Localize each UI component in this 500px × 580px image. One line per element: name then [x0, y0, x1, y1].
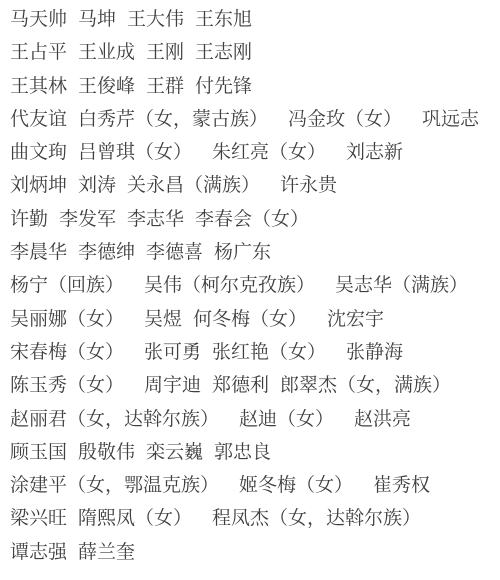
name-item: 王东旭: [195, 3, 252, 36]
name-item: 朱红亮（女）: [212, 136, 326, 169]
name-item: 马坤: [78, 3, 116, 36]
name-list: 马天帅马坤王大伟王东旭王占平王业成王刚王志刚王其林王俊峰王群付先锋代友谊白秀芹（…: [0, 0, 500, 580]
name-item: 崔秀权: [373, 469, 430, 502]
name-item: 栾云巍: [146, 436, 203, 469]
name-item: 李志华: [127, 203, 184, 236]
name-row: 刘炳坤刘涛关永昌（满族）许永贵: [10, 169, 492, 202]
name-row: 涂建平（女，鄂温克族）姬冬梅（女）崔秀权: [10, 469, 492, 502]
name-item: 刘涛: [78, 169, 116, 202]
name-item: 殷敬伟: [78, 436, 135, 469]
name-item: 周宇迪: [144, 369, 201, 402]
name-item: 梁兴旺: [10, 502, 67, 535]
name-item: 宋春梅（女）: [10, 336, 124, 369]
name-item: 王俊峰: [78, 70, 135, 103]
name-item: 冯金玫（女）: [288, 103, 402, 136]
name-item: 李春会（女）: [195, 203, 309, 236]
name-item: 沈宏宇: [327, 303, 384, 336]
name-item: 吴煜: [144, 303, 182, 336]
name-item: 代友谊: [10, 103, 67, 136]
name-row: 顾玉国殷敬伟栾云巍郭忠良: [10, 436, 492, 469]
name-item: 王业成: [78, 36, 135, 69]
name-item: 王刚: [146, 36, 184, 69]
name-row: 宋春梅（女）张可勇张红艳（女）张静海: [10, 336, 492, 369]
name-item: 程凤杰（女，达斡尔族）: [212, 502, 421, 535]
name-row: 陈玉秀（女）周宇迪郑德利郎翠杰（女，满族）: [10, 369, 492, 402]
name-item: 涂建平（女，鄂温克族）: [10, 469, 219, 502]
name-item: 李德喜: [146, 236, 203, 269]
name-item: 赵丽君（女，达斡尔族）: [10, 403, 219, 436]
name-row: 谭志强薛兰奎: [10, 536, 492, 569]
name-item: 郑德利: [212, 369, 269, 402]
name-item: 白秀芹（女，蒙古族）: [78, 103, 268, 136]
name-item: 王志刚: [195, 36, 252, 69]
name-item: 吕曾琪（女）: [78, 136, 192, 169]
name-item: 关永昌（满族）: [127, 169, 260, 202]
name-item: 张可勇: [144, 336, 201, 369]
name-item: 杨宁（回族）: [10, 269, 124, 302]
name-row: 许勤李发军李志华李春会（女）: [10, 203, 492, 236]
name-item: 赵洪亮: [354, 403, 411, 436]
name-item: 何冬梅（女）: [193, 303, 307, 336]
name-item: 郎翠杰（女，满族）: [280, 369, 451, 402]
name-item: 薛兰奎: [78, 536, 135, 569]
name-item: 曲文珣: [10, 136, 67, 169]
name-item: 张静海: [346, 336, 403, 369]
name-row: 王占平王业成王刚王志刚: [10, 36, 492, 69]
name-row: 梁兴旺隋熙凤（女）程凤杰（女，达斡尔族）: [10, 502, 492, 535]
name-row: 赵丽君（女，达斡尔族）赵迪（女）赵洪亮: [10, 403, 492, 436]
name-item: 李晨华: [10, 236, 67, 269]
name-row: 吴丽娜（女）吴煜何冬梅（女）沈宏宇: [10, 303, 492, 336]
name-row: 曲文珣吕曾琪（女）朱红亮（女）刘志新: [10, 136, 492, 169]
name-item: 马天帅: [10, 3, 67, 36]
name-item: 刘炳坤: [10, 169, 67, 202]
name-row: 马天帅马坤王大伟王东旭: [10, 3, 492, 36]
name-item: 赵迪（女）: [239, 403, 334, 436]
name-item: 许永贵: [280, 169, 337, 202]
name-item: 王群: [146, 70, 184, 103]
name-item: 顾玉国: [10, 436, 67, 469]
name-item: 吴丽娜（女）: [10, 303, 124, 336]
name-row: 王其林王俊峰王群付先锋: [10, 70, 492, 103]
name-item: 隋熙凤（女）: [78, 502, 192, 535]
name-row: 杨宁（回族）吴伟（柯尔克孜族）吴志华（满族）: [10, 269, 492, 302]
name-item: 陈玉秀（女）: [10, 369, 124, 402]
name-item: 王占平: [10, 36, 67, 69]
name-item: 巩远志: [422, 103, 479, 136]
name-item: 吴志华（满族）: [335, 269, 468, 302]
name-item: 吴伟（柯尔克孜族）: [144, 269, 315, 302]
name-item: 刘志新: [346, 136, 403, 169]
name-item: 王其林: [10, 70, 67, 103]
name-item: 张红艳（女）: [212, 336, 326, 369]
name-item: 谭志强: [10, 536, 67, 569]
name-row: 代友谊白秀芹（女，蒙古族）冯金玫（女）巩远志: [10, 103, 492, 136]
name-item: 李发军: [59, 203, 116, 236]
name-item: 郭忠良: [214, 436, 271, 469]
name-item: 杨广东: [214, 236, 271, 269]
name-item: 许勤: [10, 203, 48, 236]
name-item: 付先锋: [195, 70, 252, 103]
name-item: 李德绅: [78, 236, 135, 269]
name-item: 王大伟: [127, 3, 184, 36]
name-row: 李晨华李德绅李德喜杨广东: [10, 236, 492, 269]
name-item: 姬冬梅（女）: [239, 469, 353, 502]
